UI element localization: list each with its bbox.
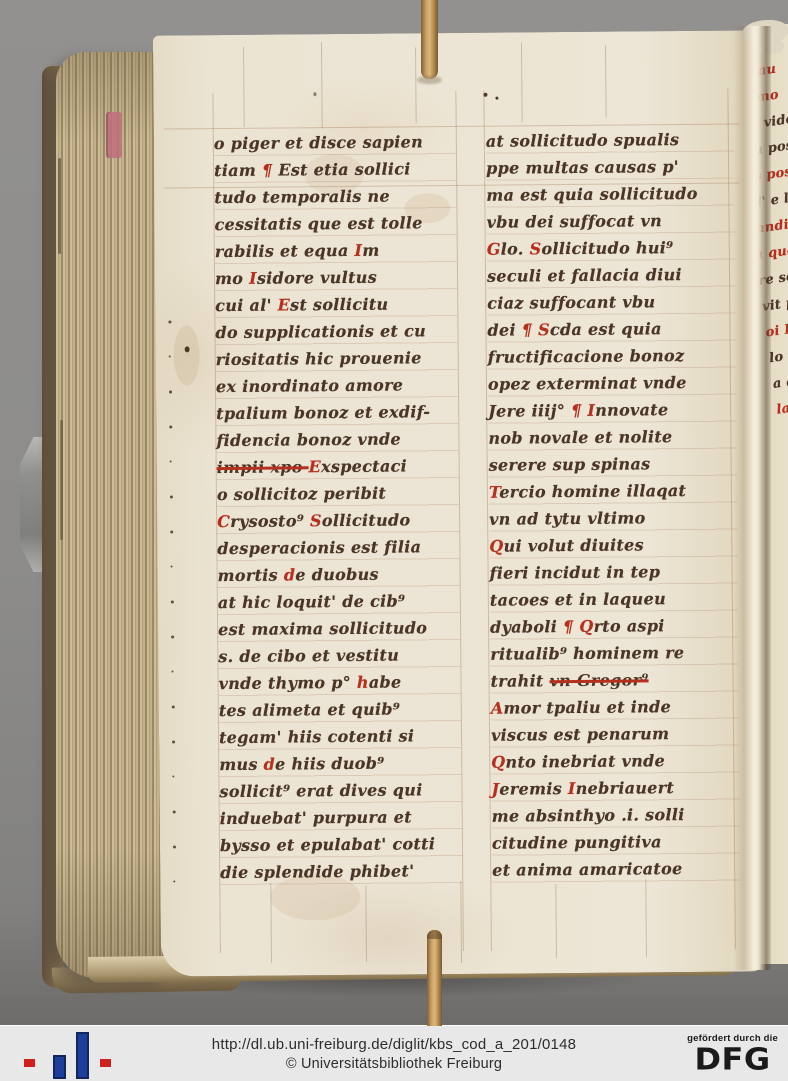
pricking-hole	[173, 880, 175, 882]
manuscript-page-recto-sliver: t multet paut Nmome videe u possilis pos…	[757, 24, 788, 964]
manuscript-line: die splendide phibet'	[220, 857, 462, 886]
page-holder-stick-top	[421, 0, 438, 79]
manuscript-line: s. de cibo et vestitu	[218, 641, 460, 670]
manuscript-page-verso: o piger et disce sapientiam ¶ Est etia s…	[153, 30, 761, 976]
pricking-hole	[172, 775, 174, 777]
manuscript-line: nob novale et nolite	[488, 423, 736, 452]
manuscript-line: trahit vn Gregor⁹	[490, 666, 738, 695]
manuscript-line: fieri incidut in tep	[489, 558, 737, 587]
pricking-hole	[169, 390, 172, 393]
manuscript-line: Glo. Sollicitudo hui⁹	[487, 234, 735, 263]
pricking-hole	[173, 810, 176, 813]
dfg-logo: gefördert durch die DFG	[687, 1033, 778, 1074]
page-holder-stick-bottom	[427, 930, 442, 1026]
manuscript-line: mortis de duobus	[218, 560, 460, 589]
parchment-crease	[243, 47, 245, 127]
manuscript-line: vnde thymo p° habe	[218, 668, 460, 697]
manuscript-line: tpalium bonoz et exdif-	[216, 398, 458, 427]
manuscript-line: bysso et epulabat' cotti	[220, 830, 462, 859]
manuscript-line: serere sup spinas	[489, 450, 737, 479]
document-url: http://dl.ub.uni-freiburg.de/diglit/kbs_…	[212, 1036, 576, 1053]
manuscript-line: Qnto inebriat vnde	[491, 747, 739, 776]
manuscript-line: ppe multas causas p'	[486, 153, 734, 182]
footer-bar: http://dl.ub.uni-freiburg.de/diglit/kbs_…	[0, 1025, 788, 1081]
manuscript-line: opez exterminat vnde	[488, 369, 736, 398]
pricking-hole	[171, 600, 174, 603]
screenshot-root: o piger et disce sapientiam ¶ Est etia s…	[0, 0, 788, 1081]
footer-text: http://dl.ub.uni-freiburg.de/diglit/kbs_…	[0, 1026, 788, 1081]
manuscript-line: cui al' Est sollicitu	[215, 290, 457, 319]
manuscript-line: rabilis et equa Im	[215, 236, 457, 265]
pricking-hole	[168, 320, 171, 323]
manuscript-line: do supplicationis et cu	[215, 317, 457, 346]
pricking-hole	[172, 705, 175, 708]
manuscript-line: ex inordinato amore	[216, 371, 458, 400]
pricking-hole	[169, 425, 172, 428]
manuscript-line: o piger et disce sapien	[214, 128, 456, 157]
manuscript-line: Crysosto⁹ Sollicitudo	[217, 506, 459, 535]
manuscript-line: est maxima sollicitudo	[218, 614, 460, 643]
bookmark-ribbon	[106, 112, 122, 158]
copyright-notice: © Universitätsbibliothek Freiburg	[286, 1056, 502, 1072]
manuscript-line: induebat' purpura et	[220, 803, 462, 832]
manuscript-line: fidencia bonoz vnde	[216, 425, 458, 454]
manuscript-line: ciaz suffocant vbu	[487, 288, 735, 317]
pricking-hole	[172, 740, 175, 743]
pricking-hole	[171, 670, 173, 672]
recto-text-fragments: t multet paut Nmome videe u possilis pos…	[757, 26, 788, 423]
manuscript-line: Tercio homine illaqat	[489, 477, 737, 506]
manuscript-line: vn ad tytu vltimo	[489, 504, 737, 533]
pricking-hole	[171, 565, 173, 567]
manuscript-photo: o piger et disce sapientiam ¶ Est etia s…	[0, 0, 788, 1025]
dfg-acronym: DFG	[687, 1045, 778, 1074]
manuscript-line: tacoes et in laqueu	[490, 585, 738, 614]
manuscript-line: impii xpo Exspectaci	[217, 452, 459, 481]
manuscript-line: at hic loquit' de cib⁹	[218, 587, 460, 616]
manuscript-column-left: o piger et disce sapientiam ¶ Est etia s…	[214, 128, 463, 900]
manuscript-line: dei ¶ Scda est quia	[487, 315, 735, 344]
manuscript-line: sollicit⁹ erat dives qui	[219, 776, 461, 805]
parchment-crease	[605, 46, 607, 118]
manuscript-line: Jeremis Inebriauert	[491, 774, 739, 803]
manuscript-line: tiam ¶ Est etia sollici	[214, 155, 456, 184]
ink-speck	[313, 92, 316, 96]
fore-edge-crack	[58, 158, 61, 254]
manuscript-line: me absinthyo .i. solli	[492, 801, 740, 830]
manuscript-line: vbu dei suffocat vn	[486, 207, 734, 236]
pricking-hole	[169, 355, 171, 357]
ink-speck	[185, 346, 190, 352]
parchment-crease	[415, 47, 417, 123]
pricking-hole	[170, 530, 173, 533]
manuscript-line: dyaboli ¶ Qrto aspi	[490, 612, 738, 641]
pricking-hole	[170, 495, 173, 498]
manuscript-line: Jere iiij° ¶ Innovate	[488, 396, 736, 425]
manuscript-line: riositatis hic prouenie	[216, 344, 458, 373]
manuscript-line: at sollicitudo spualis	[486, 126, 734, 155]
pricking-holes	[153, 30, 753, 35]
manuscript-line: Amor tpaliu et inde	[491, 693, 739, 722]
page-block-fore-edge	[56, 52, 162, 978]
manuscript-line: et anima amaricatoe	[492, 855, 740, 884]
pricking-hole	[171, 635, 174, 638]
manuscript-column-right: at sollicitudo spualisppe multas causas …	[486, 126, 741, 898]
manuscript-line: tes alimeta et quib⁹	[219, 695, 461, 724]
manuscript-line: viscus est penarum	[491, 720, 739, 749]
stain	[173, 325, 200, 385]
parchment-crease	[321, 42, 323, 128]
pricking-hole	[173, 845, 176, 848]
manuscript-line: ma est quia sollicitudo	[486, 180, 734, 209]
manuscript-line: fructificacione bonoz	[488, 342, 736, 371]
manuscript-line: mus de hiis duob⁹	[219, 749, 461, 778]
manuscript-line: desperacionis est filia	[217, 533, 459, 562]
manuscript-line: cessitatis que est tolle	[214, 209, 456, 238]
fore-edge-crack	[60, 420, 63, 540]
pricking-hole	[170, 460, 172, 462]
manuscript-line: citudine pungitiva	[492, 828, 740, 857]
ink-speck	[495, 97, 498, 100]
manuscript-line: tudo temporalis ne	[214, 182, 456, 211]
manuscript-line: o sollicitoz peribit	[217, 479, 459, 508]
manuscript-line: seculi et fallacia diui	[487, 261, 735, 290]
manuscript-line: ritualib⁹ hominem re	[490, 639, 738, 668]
manuscript-line: tegam' hiis cotenti si	[219, 722, 461, 751]
parchment-crease	[521, 42, 523, 122]
manuscript-line: Qui volut diuites	[489, 531, 737, 560]
manuscript-line: mo Isidore vultus	[215, 263, 457, 292]
